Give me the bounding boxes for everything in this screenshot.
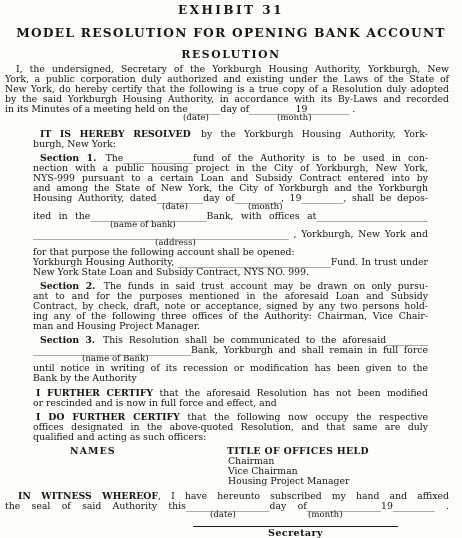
section-1-line-7-address-blank: ________________________________________…: [33, 230, 428, 240]
resolved-line-1-rest: by the Yorkburgh Housing Authority, York…: [193, 129, 428, 140]
blank-caption-row: (address): [33, 240, 428, 248]
further-certify-paragraph: I FURTHER CERTIFY that the aforesaid Res…: [33, 389, 428, 409]
section-1-paragraph: Section 1. The_______________fund of the…: [33, 154, 428, 278]
do-further-certify-paragraph: I DO FURTHER CERTIFY that the following …: [33, 413, 428, 443]
secretary-caption: Secretary: [193, 529, 398, 538]
section-3-paragraph: Section 3. This Resolution shall be comm…: [33, 336, 428, 384]
section-3-line-4: Bank by the Authority: [33, 374, 428, 384]
resolution-heading: RESOLUTION: [0, 49, 462, 60]
intro-line-5-with-blanks: in its Minutes of a meeting held on the_…: [5, 105, 449, 115]
month-caption: (month): [248, 203, 283, 211]
signature-block: Secretary: [193, 526, 398, 538]
further-certify-line-2: or rescinded and is now in full force an…: [33, 399, 428, 409]
name-of-bank-caption: (name of Bank): [82, 355, 149, 363]
address-caption: (address): [155, 239, 196, 247]
blank-caption-row: (name of bank): [33, 222, 428, 230]
exhibit-heading: EXHIBIT 31: [0, 4, 462, 17]
blank-caption-row: (date) (month): [5, 512, 449, 520]
date-caption: (date): [183, 114, 209, 122]
officer-row: Housing Project Manager: [0, 477, 462, 487]
names-column-header: NAMES: [70, 447, 116, 457]
date-caption: (date): [162, 203, 188, 211]
section-2-line-5: man and Housing Project Manager.: [33, 322, 428, 332]
witness-paragraph: IN WITNESS WHEREOF, I have hereunto subs…: [5, 492, 449, 520]
name-of-bank-caption: (name of bank): [110, 221, 176, 229]
document-title: MODEL RESOLUTION FOR OPENING BANK ACCOUN…: [0, 27, 462, 40]
resolved-paragraph: IT IS HEREBY RESOLVED by the Yorkburgh H…: [33, 130, 428, 150]
officer-title: Housing Project Manager: [228, 477, 349, 487]
section-2-paragraph: Section 2. The funds in said trust accou…: [33, 282, 428, 332]
month-caption: (month): [308, 511, 343, 519]
month-caption: (month): [277, 114, 312, 122]
blank-caption-row: (date) (month): [33, 204, 428, 212]
do-further-certify-line-3: qualified and acting as such officers:: [33, 433, 428, 443]
date-caption: (date): [210, 511, 236, 519]
blank-caption-row: (name of Bank): [33, 356, 428, 364]
intro-paragraph: I, the undersigned, Secretary of the Yor…: [5, 65, 449, 123]
blank-caption-row: (date) (month): [5, 115, 449, 123]
section-1-line-5-with-blanks: Housing Authority, dated__________day of…: [33, 194, 428, 204]
section-1-line-6-with-blanks: ited in the_________________________Bank…: [33, 212, 428, 222]
document-page: EXHIBIT 31 MODEL RESOLUTION FOR OPENING …: [0, 0, 462, 538]
section-1-line-10: New York State Loan and Subsidy Contract…: [33, 268, 428, 278]
officers-table: NAMES TITLE OF OFFICES HELD Chairman Vic…: [0, 447, 462, 487]
resolved-line-2: burgh, New York:: [33, 140, 428, 150]
